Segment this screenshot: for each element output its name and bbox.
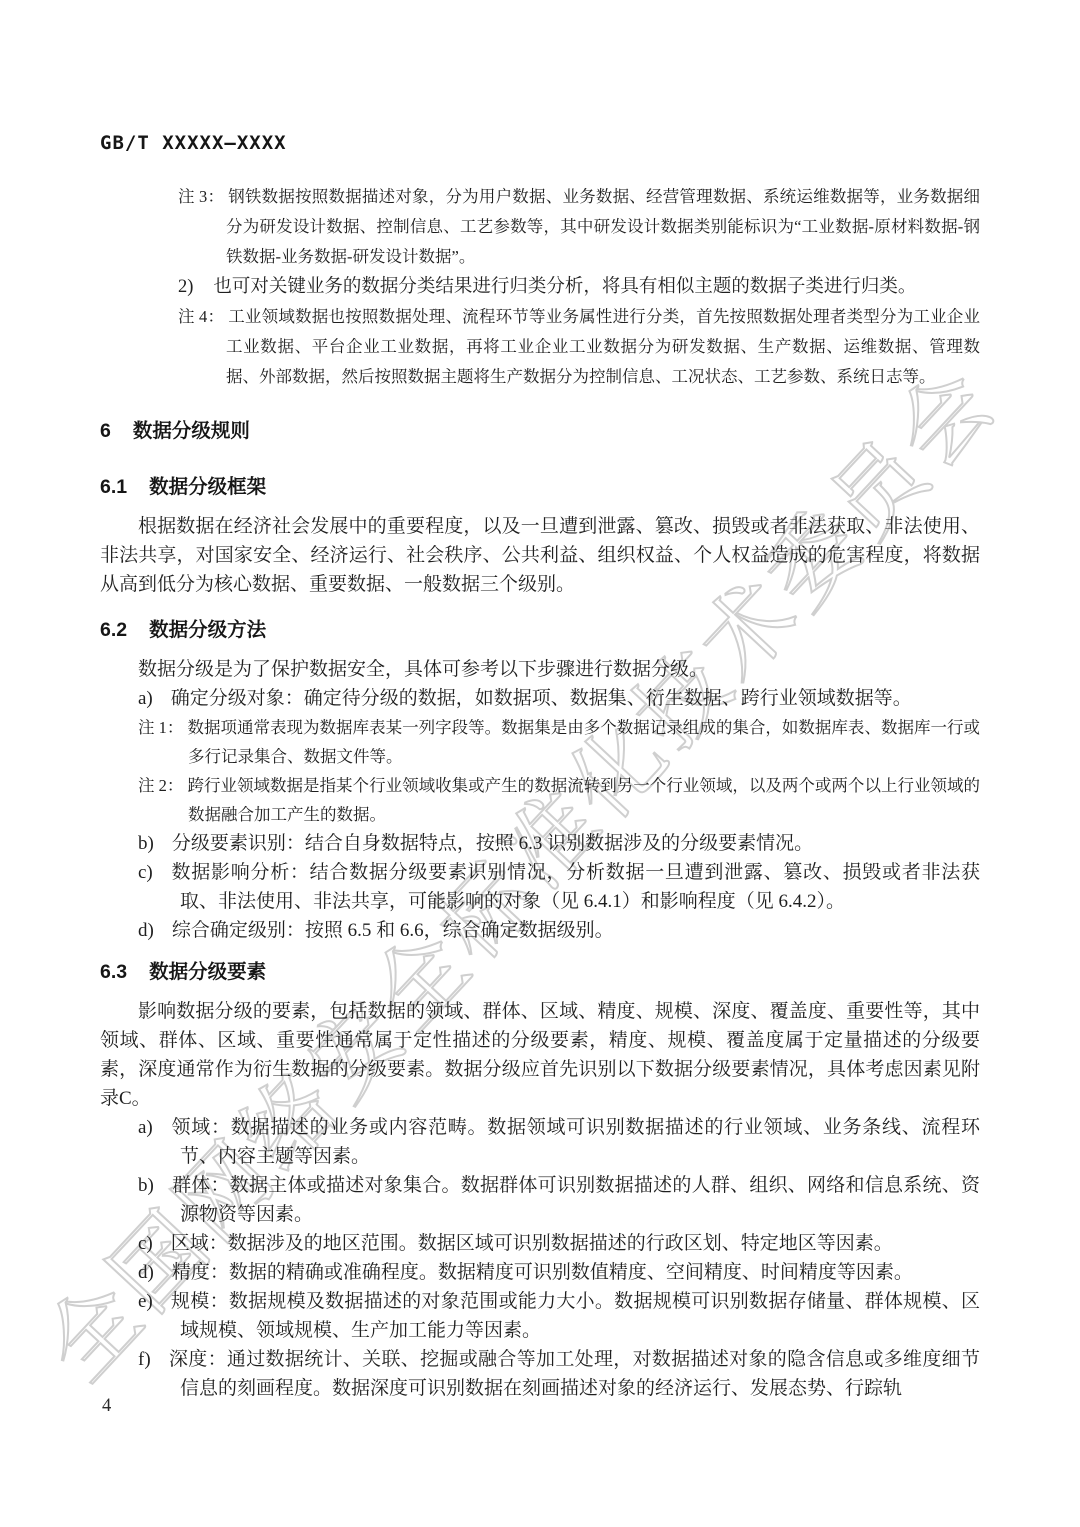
clause-6-number: 6	[100, 420, 111, 442]
note-1: 注 1：数据项通常表现为数据库表某一列字段等。数据集是由多个数据记录组成的集合，…	[138, 713, 980, 771]
note-4-text: 工业领域数据也按照数据处理、流程环节等业务属性进行分类，首先按照数据处理者类型分…	[226, 307, 980, 386]
step-b-text: 分级要素识别：结合自身数据特点，按照 6.3 识别数据涉及的分级要素情况。	[172, 833, 813, 854]
note-2: 注 2：跨行业领域数据是指某个行业领域收集或产生的数据流转到另一个行业领域，以及…	[138, 771, 980, 829]
factor-e-text: 规模：数据规模及数据描述的对象范围或能力大小。数据规模可识别数据存储量、群体规模…	[171, 1291, 980, 1341]
note-3: 注 3：钢铁数据按照数据描述对象，分为用户数据、业务数据、经营管理数据、系统运维…	[178, 182, 980, 272]
note-2-text: 跨行业领域数据是指某个行业领域收集或产生的数据流转到另一个行业领域，以及两个或两…	[187, 776, 980, 824]
clause-6-2-intro: 数据分级是为了保护数据安全，具体可参考以下步骤进行数据分级。	[100, 655, 980, 684]
note-4: 注 4：工业领域数据也按照数据处理、流程环节等业务属性进行分类，首先按照数据处理…	[178, 302, 980, 392]
factor-f-text: 深度：通过数据统计、关联、挖掘或融合等加工处理，对数据描述对象的隐含信息或多维度…	[169, 1349, 980, 1399]
clause-6-3-intro: 影响数据分级的要素，包括数据的领域、群体、区域、精度、规模、深度、覆盖度、重要性…	[100, 997, 980, 1113]
step-a: a)确定分级对象：确定待分级的数据，如数据项、数据集、衍生数据、跨行业领域数据等…	[138, 684, 980, 713]
carryover-notes-block: 注 3：钢铁数据按照数据描述对象，分为用户数据、业务数据、经营管理数据、系统运维…	[178, 182, 980, 392]
factor-d-label: d)	[138, 1262, 154, 1283]
step-b: b)分级要素识别：结合自身数据特点，按照 6.3 识别数据涉及的分级要素情况。	[138, 829, 980, 858]
clause-6-2-title: 数据分级方法	[149, 619, 266, 641]
clause-6-1-heading: 6.1数据分级框架	[100, 474, 980, 500]
note-2-label: 注 2：	[138, 776, 183, 795]
factor-d: d)精度：数据的精确或准确程度。数据精度可识别数值精度、空间精度、时间精度等因素…	[138, 1258, 980, 1287]
list-item-2-label: 2)	[178, 277, 193, 297]
clause-6-1-number: 6.1	[100, 476, 127, 498]
clause-6-3-title: 数据分级要素	[149, 961, 266, 983]
factor-e-label: e)	[138, 1291, 153, 1312]
clause-6-1-paragraph: 根据数据在经济社会发展中的重要程度，以及一旦遭到泄露、篡改、损毁或者非法获取、非…	[100, 512, 980, 599]
factor-b-label: b)	[138, 1175, 154, 1196]
factor-c: c)区域：数据涉及的地区范围。数据区域可识别数据描述的行政区划、特定地区等因素。	[138, 1229, 980, 1258]
clause-6-title: 数据分级规则	[133, 420, 250, 442]
page-number: 4	[102, 1396, 111, 1417]
factor-a: a)领域：数据描述的业务或内容范畴。数据领域可识别数据描述的行业领域、业务条线、…	[138, 1113, 980, 1171]
list-item-2-text: 也可对关键业务的数据分类结果进行归类分析，将具有相似主题的数据子类进行归类。	[213, 277, 916, 297]
step-c: c)数据影响分析：结合数据分级要素识别情况，分析数据一旦遭到泄露、篡改、损毁或者…	[138, 858, 980, 916]
factor-c-text: 区域：数据涉及的地区范围。数据区域可识别数据描述的行政区划、特定地区等因素。	[171, 1233, 893, 1254]
factor-a-text: 领域：数据描述的业务或内容范畴。数据领域可识别数据描述的行业领域、业务条线、流程…	[171, 1117, 980, 1167]
step-d-text: 综合确定级别：按照 6.5 和 6.6，综合确定数据级别。	[172, 920, 614, 941]
step-c-text: 数据影响分析：结合数据分级要素识别情况，分析数据一旦遭到泄露、篡改、损毁或者非法…	[171, 862, 980, 912]
factor-c-label: c)	[138, 1233, 153, 1254]
clause-6-2-heading: 6.2数据分级方法	[100, 617, 980, 643]
page-content: GB/T XXXXX—XXXX 注 3：钢铁数据按照数据描述对象，分为用户数据、…	[0, 0, 1080, 1403]
factor-f-label: f)	[138, 1349, 151, 1370]
note-4-label: 注 4：	[178, 307, 224, 326]
list-item-2: 2)也可对关键业务的数据分类结果进行归类分析，将具有相似主题的数据子类进行归类。	[178, 272, 980, 302]
clause-6-1-title: 数据分级框架	[149, 476, 266, 498]
factor-d-text: 精度：数据的精确或准确程度。数据精度可识别数值精度、空间精度、时间精度等因素。	[172, 1262, 913, 1283]
note-3-label: 注 3：	[178, 187, 224, 206]
document-code: GB/T XXXXX—XXXX	[100, 132, 980, 154]
clause-6-heading: 6数据分级规则	[100, 418, 980, 444]
standard-document-page: 全国网络安全标准化技术委员会 GB/T XXXXX—XXXX 注 3：钢铁数据按…	[0, 0, 1080, 1527]
step-d-label: d)	[138, 920, 154, 941]
note-1-text: 数据项通常表现为数据库表某一列字段等。数据集是由多个数据记录组成的集合，如数据库…	[187, 718, 980, 766]
step-b-label: b)	[138, 833, 154, 854]
factor-a-label: a)	[138, 1117, 153, 1138]
step-a-label: a)	[138, 688, 153, 709]
step-c-label: c)	[138, 862, 153, 883]
note-1-label: 注 1：	[138, 718, 183, 737]
factor-b: b)群体：数据主体或描述对象集合。数据群体可识别数据描述的人群、组织、网络和信息…	[138, 1171, 980, 1229]
step-d: d)综合确定级别：按照 6.5 和 6.6，综合确定数据级别。	[138, 916, 980, 945]
clause-6-2-number: 6.2	[100, 619, 127, 641]
note-3-text: 钢铁数据按照数据描述对象，分为用户数据、业务数据、经营管理数据、系统运维数据等，…	[226, 187, 980, 266]
factor-e: e)规模：数据规模及数据描述的对象范围或能力大小。数据规模可识别数据存储量、群体…	[138, 1287, 980, 1345]
clause-6-3-number: 6.3	[100, 961, 127, 983]
factor-f: f)深度：通过数据统计、关联、挖掘或融合等加工处理，对数据描述对象的隐含信息或多…	[138, 1345, 980, 1403]
clause-6-3-heading: 6.3数据分级要素	[100, 959, 980, 985]
factor-b-text: 群体：数据主体或描述对象集合。数据群体可识别数据描述的人群、组织、网络和信息系统…	[172, 1175, 980, 1225]
step-a-text: 确定分级对象：确定待分级的数据，如数据项、数据集、衍生数据、跨行业领域数据等。	[171, 688, 912, 709]
